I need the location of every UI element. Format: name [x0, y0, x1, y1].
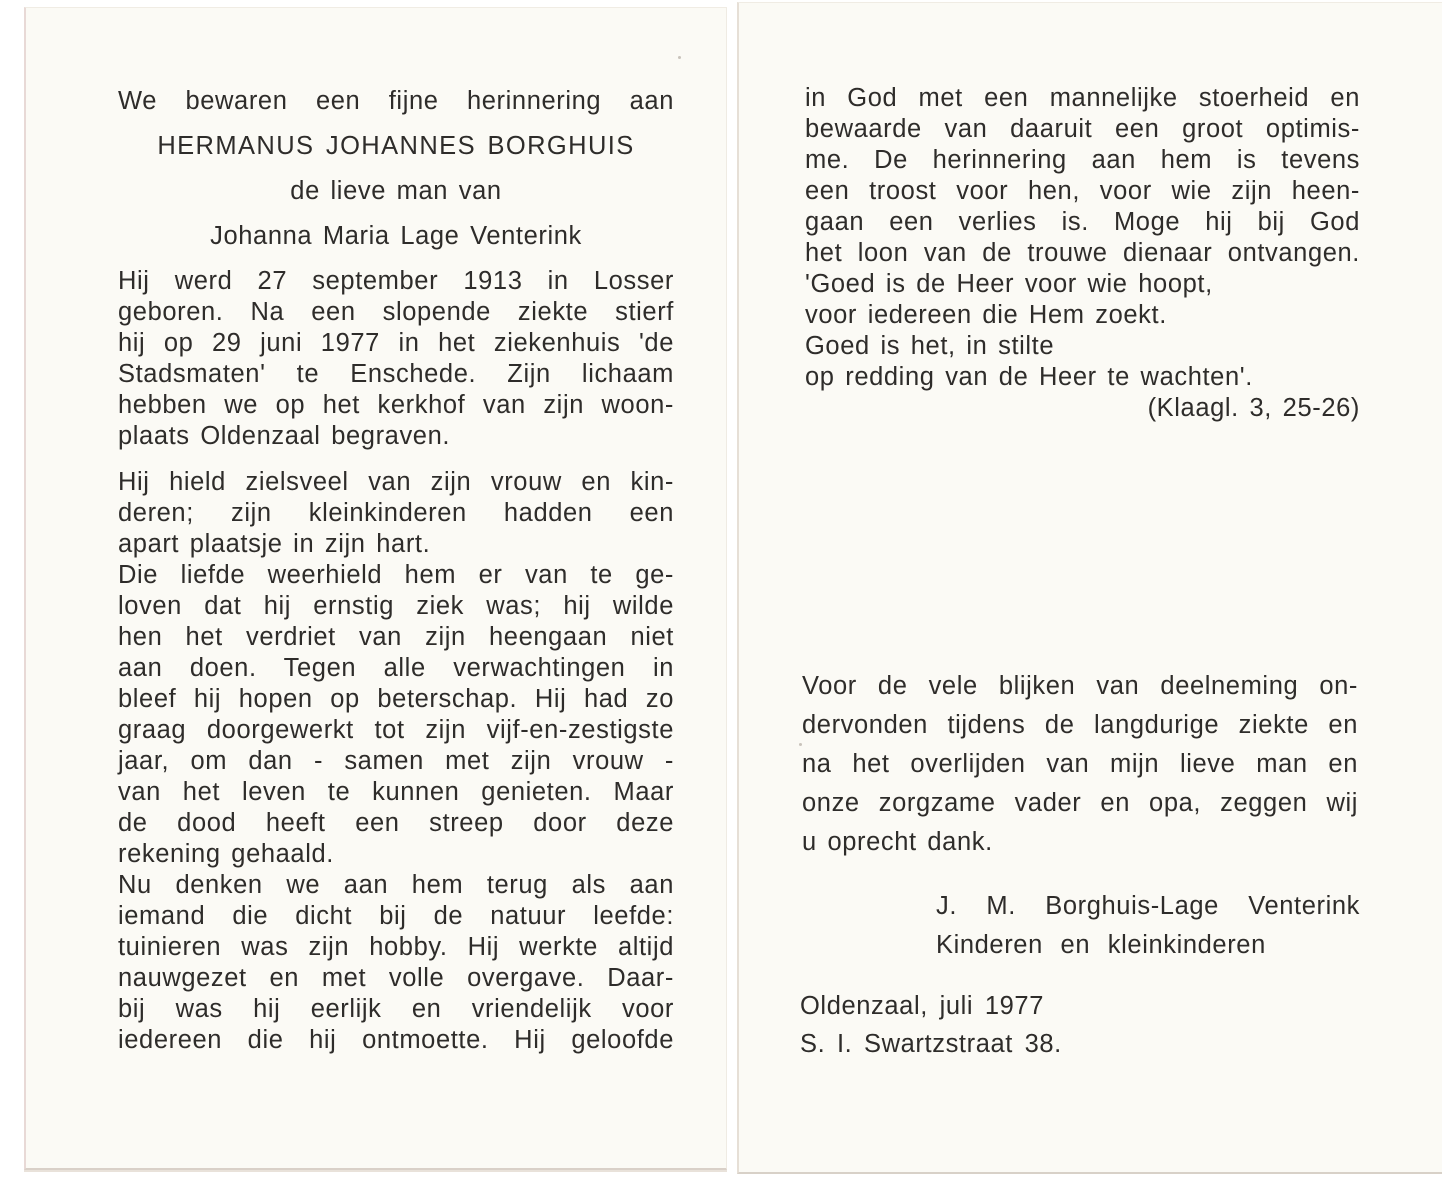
scripture-reference: (Klaagl. 3, 25-26)	[805, 393, 1360, 424]
intro-remembrance-line: We bewaren een fijne herinnering aan	[118, 86, 674, 131]
text-line: het loon van de trouwe dienaar ontvangen…	[805, 238, 1360, 269]
text-line: iedereen die hij ontmoette. Hij geloofde	[118, 1025, 674, 1056]
text-line: Nu denken we aan hem terug als aan	[118, 870, 674, 901]
text-line: aan doen. Tegen alle verwachtingen in	[118, 653, 674, 684]
widow-signature: J. M. Borghuis-Lage Venterink	[936, 887, 1360, 926]
text-line: de dood heeft een streep door deze	[118, 808, 674, 839]
text-line: na het overlijden van mijn lieve man en	[802, 745, 1358, 784]
spouse-name: Johanna Maria Lage Venterink	[118, 221, 674, 261]
family-signature: Kinderen en kleinkinderen	[936, 926, 1360, 965]
text-line: u oprecht dank.	[802, 823, 1358, 862]
text-line: bewaarde van daaruit een groot optimis-	[805, 114, 1360, 145]
text-line: gaan een verlies is. Moge hij bij God	[805, 207, 1360, 238]
scripture-quote-line: voor iedereen die Hem zoekt.	[805, 300, 1360, 331]
text-line: plaats Oldenzaal begraven.	[118, 421, 674, 452]
biography-paragraph-1: Hij werd 27 september 1913 in Losser geb…	[118, 266, 674, 452]
text-line: tuinieren was zijn hobby. Hij werkte alt…	[118, 932, 674, 963]
address: S. I. Swartzstraat 38.	[800, 1025, 1200, 1063]
text-line: deren; zijn kleinkinderen hadden een	[118, 498, 674, 529]
intro-block: We bewaren een fijne herinnering aan HER…	[118, 86, 674, 261]
text-line: hij op 29 juni 1977 in het ziekenhuis 'd…	[118, 328, 674, 359]
text-line: rekening gehaald.	[118, 839, 674, 870]
text-line: me. De herinnering aan hem is tevens	[805, 145, 1360, 176]
deceased-name: HERMANUS JOHANNES BORGHUIS	[118, 131, 674, 176]
text-line: loven dat hij ernstig ziek was; hij wild…	[118, 591, 674, 622]
text-line: van het leven te kunnen genieten. Maar	[118, 777, 674, 808]
place-date: Oldenzaal, juli 1977	[800, 987, 1200, 1025]
text-line: iemand die dicht bij de natuur leefde:	[118, 901, 674, 932]
text-line: geboren. Na een slopende ziekte stierf	[118, 297, 674, 328]
memorial-card-left-panel: We bewaren een fijne herinnering aan HER…	[24, 7, 727, 1170]
text-line: een troost voor hen, voor wie zijn heen-	[805, 176, 1360, 207]
paper-speck	[678, 56, 681, 59]
text-line: graag doorgewerkt tot zijn vijf-en-zesti…	[118, 715, 674, 746]
place-date-block: Oldenzaal, juli 1977 S. I. Swartzstraat …	[800, 987, 1200, 1063]
signature-block: J. M. Borghuis-Lage Venterink Kinderen e…	[936, 887, 1360, 965]
relation-line: de lieve man van	[118, 176, 674, 221]
text-line: nauwgezet en met volle overgave. Daar-	[118, 963, 674, 994]
scripture-quote-line: 'Goed is de Heer voor wie hoopt,	[805, 269, 1360, 300]
biography-paragraph-2: Hij hield zielsveel van zijn vrouw en ki…	[118, 467, 674, 1056]
text-line: hebben we op het kerkhof van zijn woon-	[118, 390, 674, 421]
text-line: bleef hij hopen op beterschap. Hij had z…	[118, 684, 674, 715]
text-line: apart plaatsje in zijn hart.	[118, 529, 674, 560]
text-line: Die liefde weerhield hem er van te ge-	[118, 560, 674, 591]
text-line: hen het verdriet van zijn heengaan niet	[118, 622, 674, 653]
scripture-quote-line: Goed is het, in stilte	[805, 331, 1360, 362]
text-line: bij was hij eerlijk en vriendelijk voor	[118, 994, 674, 1025]
text-line: jaar, om dan - samen met zijn vrouw -	[118, 746, 674, 777]
text-line: in God met een mannelijke stoerheid en	[805, 83, 1360, 114]
text-line: Voor de vele blijken van deelneming on-	[802, 667, 1358, 706]
text-line: Stadsmaten' te Enschede. Zijn lichaam	[118, 359, 674, 390]
text-line: onze zorgzame vader en opa, zeggen wij	[802, 784, 1358, 823]
paper-speck	[799, 743, 802, 746]
text-line: Hij hield zielsveel van zijn vrouw en ki…	[118, 467, 674, 498]
thanks-paragraph: Voor de vele blijken van deelneming on- …	[802, 667, 1358, 862]
scripture-quote-line: op redding van de Heer te wachten'.	[805, 362, 1360, 393]
faith-paragraph: in God met een mannelijke stoerheid en b…	[805, 83, 1360, 424]
memorial-card-right-panel: in God met een mannelijke stoerheid en b…	[737, 2, 1442, 1174]
text-line: dervonden tijdens de langdurige ziekte e…	[802, 706, 1358, 745]
text-line: Hij werd 27 september 1913 in Losser	[118, 266, 674, 297]
